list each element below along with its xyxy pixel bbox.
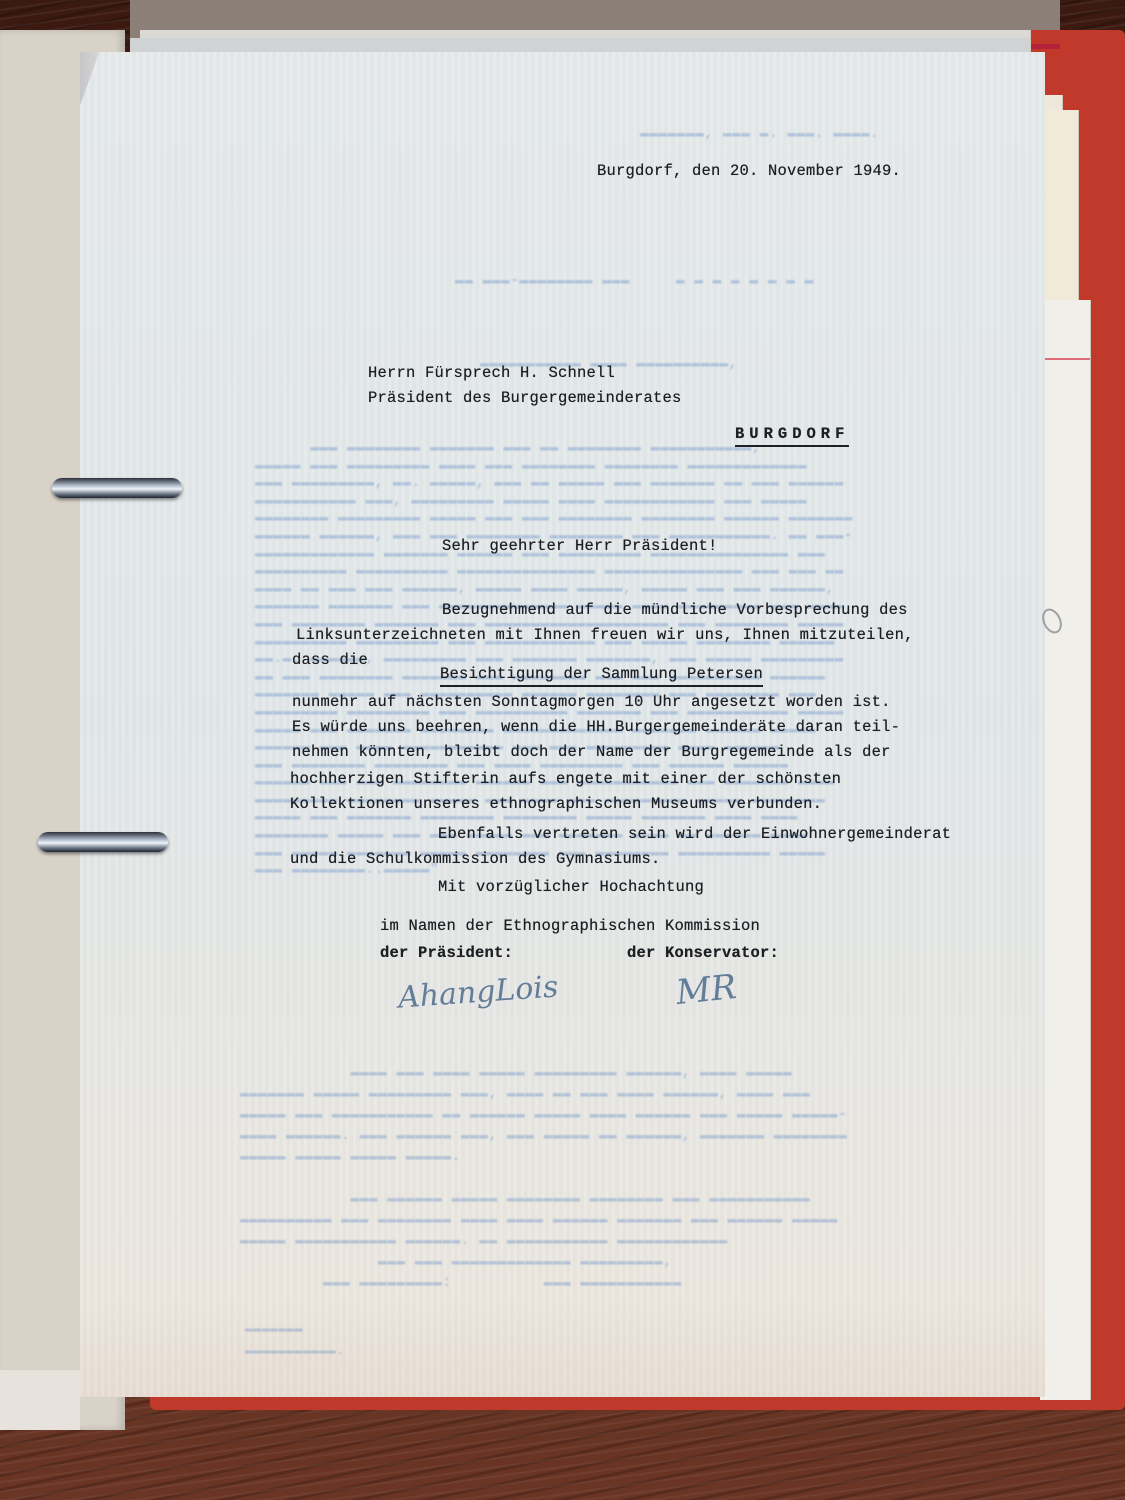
- body-line: Linksunterzeichneten mit Ihnen freuen wi…: [296, 626, 914, 644]
- body-line: Kollektionen unseres ethnographischen Mu…: [290, 795, 822, 813]
- signature-conservator: MR: [674, 967, 738, 1013]
- salutation: Sehr geehrter Herr Präsident!: [442, 537, 718, 555]
- recipient-title: Präsident des Burgergemeinderates: [368, 389, 682, 407]
- signature-on-behalf: im Namen der Ethnographischen Kommission: [380, 917, 760, 935]
- date-line: Burgdorf, den 20. November 1949.: [597, 162, 901, 180]
- signature-role-conservator: der Konservator:: [627, 944, 779, 962]
- signature-role-president: der Präsident:: [380, 944, 513, 962]
- body-line: nehmen könnten, bleibt doch der Name der…: [292, 743, 891, 761]
- bleed-through-text: ▬▬▬▬▬▬▬, ▬▬▬ ▬. ▬▬▬. ▬▬▬▬.: [640, 125, 879, 143]
- body-line: nunmehr auf nächsten Sonntagmorgen 10 Uh…: [292, 693, 891, 711]
- body-line: hochherzigen Stifterin aufs engete mit e…: [290, 770, 841, 788]
- emphasis-subject: Besichtigung der Sammlung Petersen: [440, 665, 763, 687]
- bleed-through-text: ▬▬▬▬ ▬▬▬ ▬▬▬▬ ▬▬▬▬▬ ▬▬▬▬▬▬▬▬▬ ▬▬▬▬▬▬, ▬▬…: [240, 1063, 847, 1294]
- body-line: Bezugnehmend auf die mündliche Vorbespre…: [442, 601, 908, 619]
- bleed-through-text: ▬▬▬▬▬▬▬ ▬▬▬▬▬▬▬▬▬▬▬.: [245, 1318, 345, 1362]
- body-line: dass die: [292, 651, 368, 669]
- binder-ring-bottom[interactable]: [38, 832, 168, 852]
- recipient-name: Herrn Fürsprech H. Schnell: [368, 364, 615, 382]
- left-sheet-tab: [0, 1370, 80, 1430]
- binder-ring-top[interactable]: [52, 478, 182, 498]
- closing: Mit vorzüglicher Hochachtung: [438, 878, 704, 896]
- stacked-page-ruled: [1040, 300, 1091, 1400]
- body-line: Ebenfalls vertreten sein wird der Einwoh…: [438, 825, 951, 843]
- recipient-city: BURGDORF: [735, 425, 849, 447]
- body-line: Es würde uns beehren, wenn die HH.Burger…: [292, 718, 900, 736]
- body-line: und die Schulkommission des Gymnasiums.: [290, 850, 661, 868]
- bleed-through-text: ▬▬ ▬▬▬-▬▬▬▬▬▬▬▬ ▬▬▬ ▬ ▬ ▬ ▬ ▬ ▬ ▬ ▬: [455, 272, 814, 290]
